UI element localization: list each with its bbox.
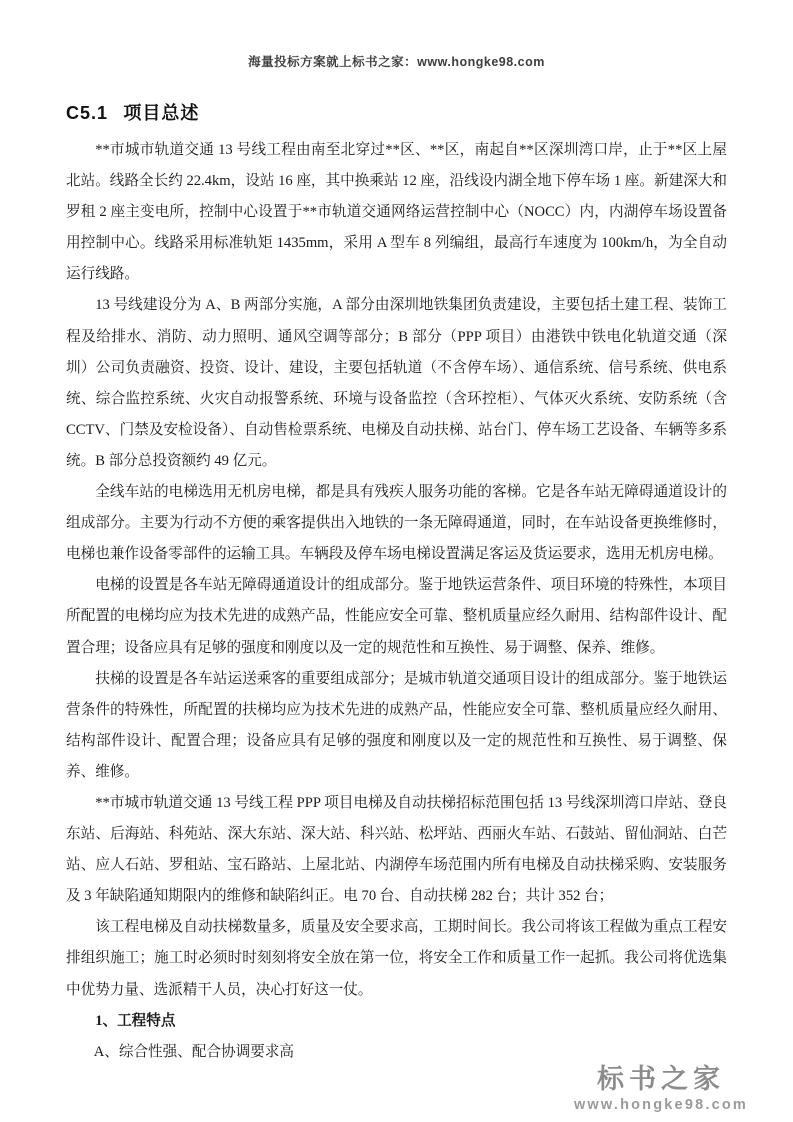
paragraph: 扶梯的设置是各车站运送乘客的重要组成部分；是城市轨道交通项目设计的组成部分。鉴于…	[66, 664, 727, 788]
list-heading-1: 1、工程特点	[66, 1006, 727, 1037]
list-heading-A: A、综合性强、配合协调要求高	[66, 1037, 727, 1068]
watermark-logo: 标书之家 www.hongke98.com	[574, 1065, 748, 1114]
paragraph: 电梯的设置是各车站无障碍通道设计的组成部分。鉴于地铁运营条件、项目环境的特殊性，…	[66, 570, 727, 663]
document-body: **市城市轨道交通 13 号线工程由南至北穿过**区、**区，南起自**区深圳湾…	[66, 135, 727, 1068]
watermark-brand-text: 标书之家	[574, 1065, 748, 1095]
paragraph: 13 号线建设分为 A、B 两部分实施，A 部分由深圳地铁集团负责建设，主要包括…	[66, 290, 727, 477]
document-page: 海量投标方案就上标书之家：www.hongke98.com C5.1项目总述 *…	[0, 0, 793, 1122]
section-title-text: 项目总述	[123, 103, 199, 123]
paragraph: 全线车站的电梯选用无机房电梯，都是具有残疾人服务功能的客梯。它是各车站无障碍通道…	[66, 477, 727, 570]
page-title: C5.1项目总述	[66, 99, 199, 125]
paragraph: **市城市轨道交通 13 号线工程由南至北穿过**区、**区，南起自**区深圳湾…	[66, 135, 727, 290]
page-header: 海量投标方案就上标书之家：www.hongke98.com	[0, 52, 793, 70]
section-number: C5.1	[66, 103, 108, 123]
watermark-url-text: www.hongke98.com	[574, 1098, 748, 1114]
paragraph: **市城市轨道交通 13 号线工程 PPP 项目电梯及自动扶梯招标范围包括 13…	[66, 788, 727, 912]
header-watermark-text: 海量投标方案就上标书之家：www.hongke98.com	[248, 55, 545, 69]
paragraph: 该工程电梯及自动扶梯数量多，质量及安全要求高，工期时间长。我公司将该工程做为重点…	[66, 912, 727, 1005]
